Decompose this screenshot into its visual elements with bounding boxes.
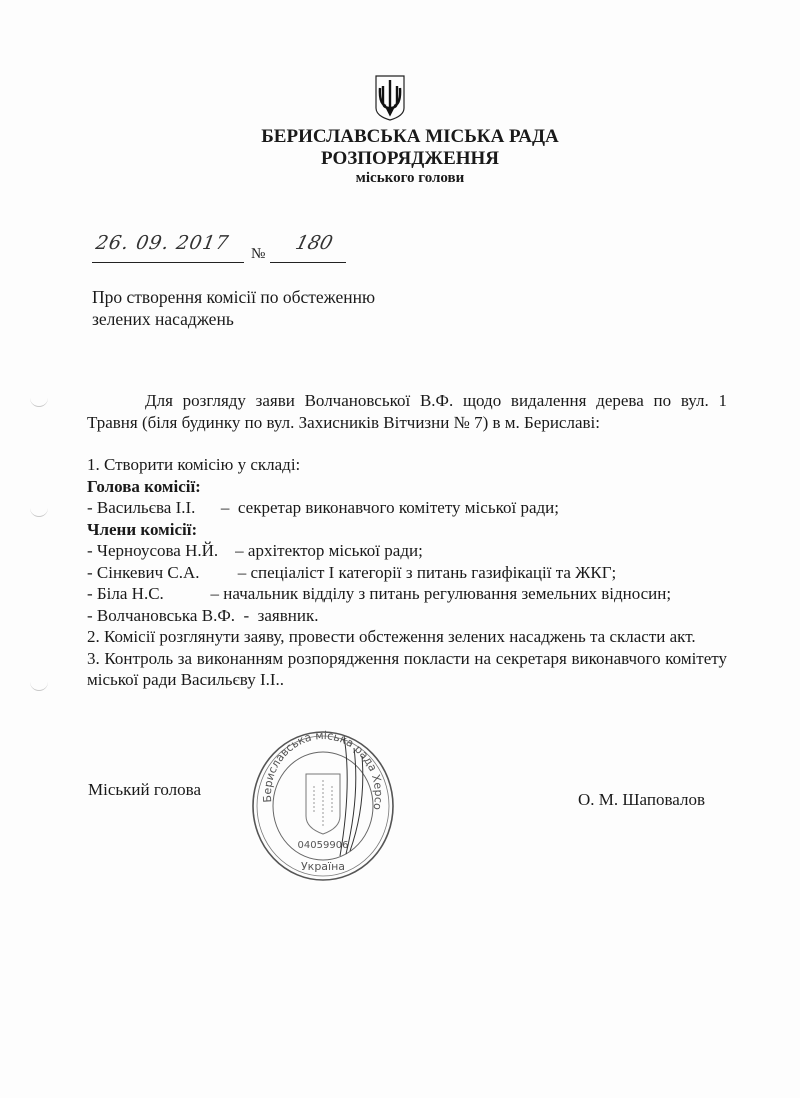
intro-paragraph: Для розгляду заяви Волчановської В.Ф. що… (87, 390, 727, 433)
trident-emblem-icon (374, 74, 406, 122)
handwritten-number: 180 (293, 232, 335, 254)
number-label: № (251, 246, 265, 263)
handwritten-date: 26. 09. 2017 (94, 232, 231, 254)
signatory-title: Міський голова (88, 780, 201, 800)
members-heading: Члени комісії: (87, 519, 727, 541)
chair-entry: - Васильєва І.І. – секретар виконавчого … (87, 497, 727, 519)
margin-mark (30, 398, 48, 407)
official-stamp: Бериславська міська рада Херсонської обл… (248, 726, 398, 884)
margin-mark (30, 682, 48, 691)
member-entry: - Волчановська В.Ф. - заявник. (87, 605, 727, 627)
document-type: РОЗПОРЯДЖЕННЯ (10, 148, 800, 170)
item-3: 3. Контроль за виконанням розпорядження … (87, 648, 727, 691)
chair-heading: Голова комісії: (87, 476, 727, 498)
council-name: БЕРИСЛАВСЬКА МІСЬКА РАДА (10, 126, 800, 148)
item-1: 1. Створити комісію у складі: (87, 454, 727, 476)
svg-text:Бериславська міська рада Херсо: Бериславська міська рада Херсонської обл… (248, 726, 385, 811)
document-page: БЕРИСЛАВСЬКА МІСЬКА РАДА РОЗПОРЯДЖЕННЯ м… (0, 0, 800, 1098)
subject-line: зелених насаджень (92, 308, 375, 330)
stamp-country: Україна (301, 860, 345, 873)
member-entry: - Сінкевич С.А. – спеціаліст І категорії… (87, 562, 727, 584)
member-entry: - Біла Н.С. – начальник відділу з питань… (87, 583, 727, 605)
margin-mark (30, 508, 48, 517)
item-2: 2. Комісії розглянути заяву, провести об… (87, 626, 727, 648)
document-subject: Про створення комісії по обстеженню зеле… (92, 286, 375, 330)
stamp-ring-text: Бериславська міська рада Херсонської обл… (248, 726, 385, 811)
subject-line: Про створення комісії по обстеженню (92, 286, 375, 308)
member-entry: - Черноусова Н.Й. – архітектор міської р… (87, 540, 727, 562)
document-body: Для розгляду заяви Волчановської В.Ф. що… (87, 390, 727, 691)
document-issuer: міського голови (10, 170, 800, 187)
signatory-name: О. М. Шаповалов (578, 790, 705, 810)
